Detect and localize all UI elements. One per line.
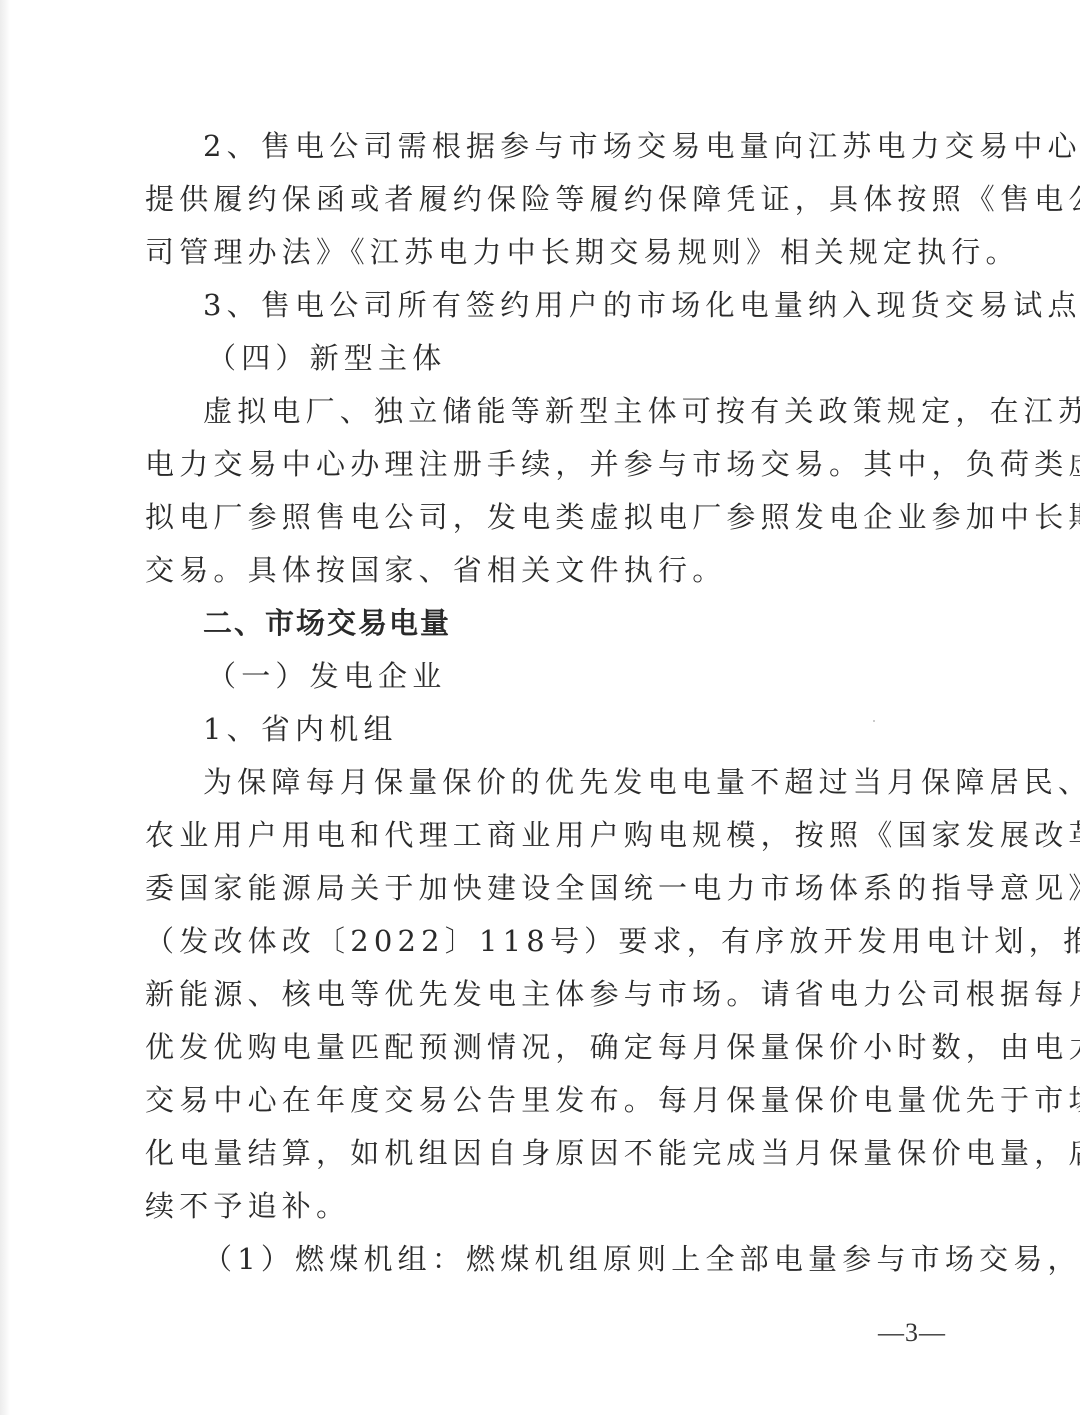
- paragraph-line: 虚拟电厂、独立储能等新型主体可按有关政策规定，在江苏: [145, 385, 957, 438]
- document-body: 2、售电公司需根据参与市场交易电量向江苏电力交易中心 提供履约保函或者履约保险等…: [145, 120, 957, 1286]
- paragraph-line: 续不予追补。: [145, 1180, 957, 1233]
- paragraph-line: 为保障每月保量保价的优先发电电量不超过当月保障居民、: [145, 756, 957, 809]
- paragraph-line: 交易中心在年度交易公告里发布。每月保量保价电量优先于市场: [145, 1074, 957, 1127]
- paragraph-line: （发改体改〔2022〕118号）要求，有序放开发用电计划，推动: [145, 915, 957, 968]
- paragraph-line: 提供履约保函或者履约保险等履约保障凭证，具体按照《售电公: [145, 173, 957, 226]
- page-edge-shadow: [0, 0, 10, 1415]
- paragraph-line: 2、售电公司需根据参与市场交易电量向江苏电力交易中心: [145, 120, 957, 173]
- section-heading-market-volume: 二、市场交易电量: [145, 597, 957, 650]
- paragraph-line: 优发优购电量匹配预测情况，确定每月保量保价小时数，由电力: [145, 1021, 957, 1074]
- paragraph-line: 拟电厂参照售电公司，发电类虚拟电厂参照发电企业参加中长期: [145, 491, 957, 544]
- paragraph-line: 农业用户用电和代理工商业用户购电规模，按照《国家发展改革: [145, 809, 957, 862]
- subheading-in-province-units: 1、省内机组: [145, 703, 957, 756]
- subheading-new-entities: （四）新型主体: [145, 332, 957, 385]
- paragraph-line: （1）燃煤机组：燃煤机组原则上全部电量参与市场交易，: [145, 1233, 957, 1286]
- paragraph-line: 司管理办法》《江苏电力中长期交易规则》相关规定执行。: [145, 226, 957, 279]
- page-number: —3—: [878, 1318, 946, 1348]
- paragraph-line: 3、售电公司所有签约用户的市场化电量纳入现货交易试点。: [145, 279, 957, 332]
- paragraph-line: 交易。具体按国家、省相关文件执行。: [145, 544, 957, 597]
- paragraph-line: 电力交易中心办理注册手续，并参与市场交易。其中，负荷类虚: [145, 438, 957, 491]
- paragraph-line: 新能源、核电等优先发电主体参与市场。请省电力公司根据每月: [145, 968, 957, 1021]
- paragraph-line: 委国家能源局关于加快建设全国统一电力市场体系的指导意见》: [145, 862, 957, 915]
- paragraph-line: 化电量结算，如机组因自身原因不能完成当月保量保价电量，后: [145, 1127, 957, 1180]
- subheading-generation-companies: （一）发电企业: [145, 650, 957, 703]
